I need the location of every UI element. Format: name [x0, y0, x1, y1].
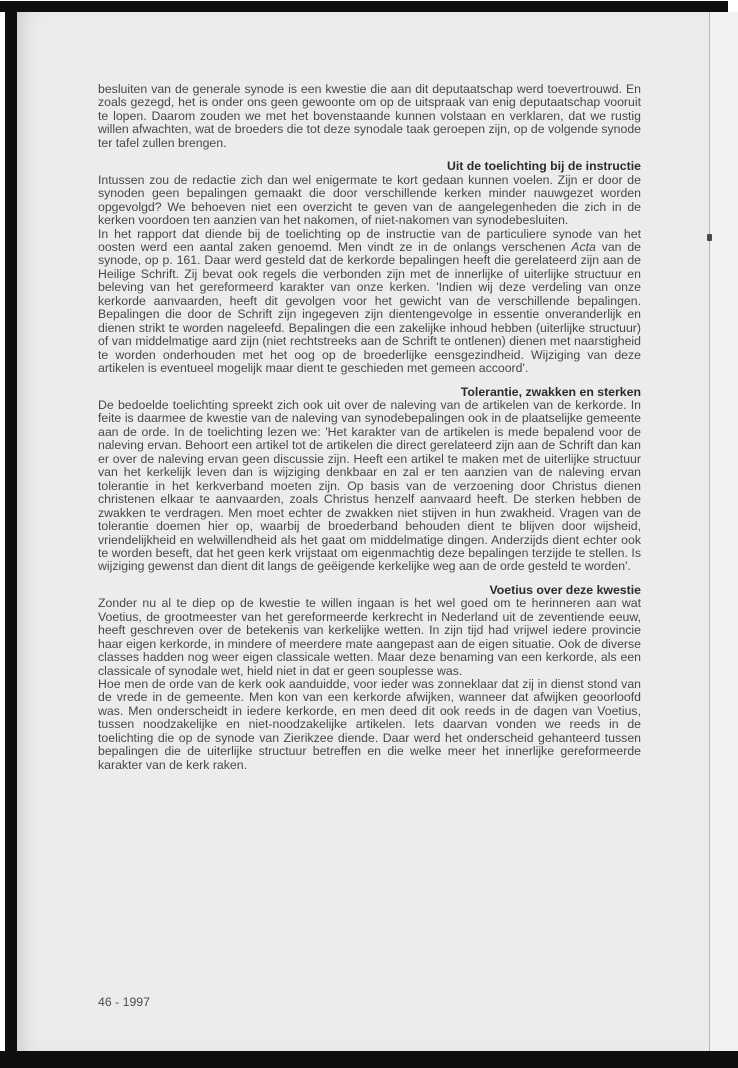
paragraph: De bedoelde toelichting spreekt zich ook…: [98, 399, 641, 574]
edge-speck: [707, 234, 712, 241]
section-heading: Uit de toelichting bij de instructie: [98, 160, 641, 173]
section-heading: Voetius over deze kwestie: [98, 584, 641, 597]
section-heading: Tolerantie, zwakken en sterken: [98, 386, 641, 399]
paragraph: besluiten van de generale synode is een …: [98, 83, 641, 150]
article-body: besluiten van de generale synode is een …: [98, 83, 641, 772]
page-paper: besluiten van de generale synode is een …: [17, 12, 738, 1051]
text-run: Hoe men de orde van de kerk ook aanduidd…: [98, 677, 641, 772]
scanned-page: besluiten van de generale synode is een …: [0, 0, 738, 1068]
scan-border-top: [0, 1, 728, 12]
italic-text-run: Acta: [571, 240, 596, 254]
scan-border-left: [5, 1, 17, 1053]
text-run: van de synode, op p. 161. Daar werd gest…: [98, 240, 641, 375]
paragraph: Intussen zou de redactie zich dan wel en…: [98, 174, 641, 228]
text-run: Intussen zou de redactie zich dan wel en…: [98, 173, 641, 227]
text-run: Zonder nu al te diep op de kwestie te wi…: [98, 596, 641, 677]
text-run: De bedoelde toelichting spreekt zich ook…: [98, 398, 641, 573]
paragraph: In het rapport dat diende bij de toelich…: [98, 228, 641, 376]
page-number: 46 - 1997: [98, 996, 150, 1009]
page-edge: [709, 12, 738, 1051]
scan-border-bottom: [0, 1051, 738, 1068]
text-run: besluiten van de generale synode is een …: [98, 82, 641, 150]
paragraph: Hoe men de orde van de kerk ook aanduidd…: [98, 678, 641, 772]
paragraph: Zonder nu al te diep op de kwestie te wi…: [98, 597, 641, 678]
text-run: In het rapport dat diende bij de toelich…: [98, 227, 641, 254]
